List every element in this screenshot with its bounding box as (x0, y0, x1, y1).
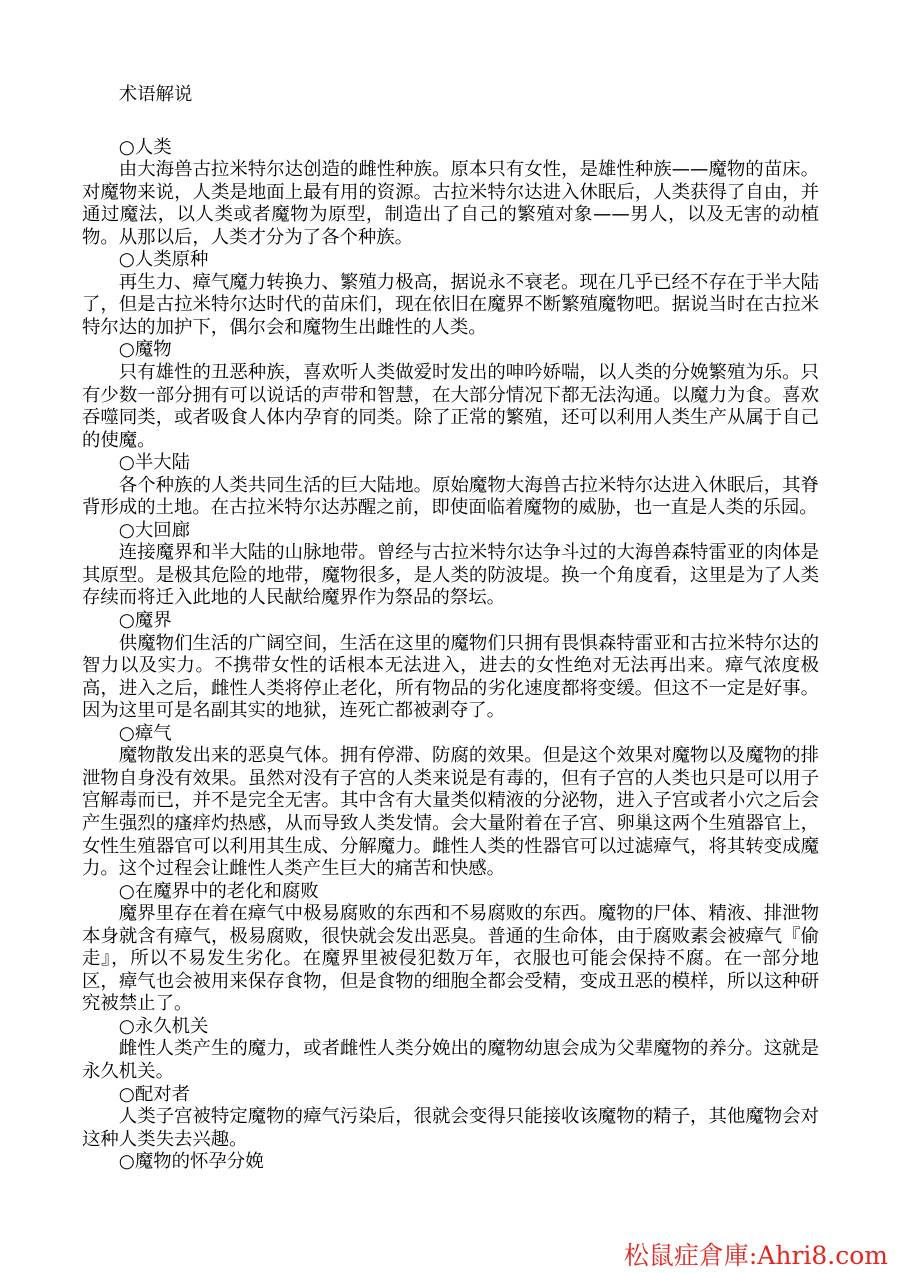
section-body: 各个种族的人类共同生活的巨大陆地。原始魔物大海兽古拉米特尔达进入休眠后，其脊背形… (82, 475, 819, 520)
section-huaiyun-fenmian: ○魔物的怀孕分娩 (82, 1151, 819, 1174)
section-body: 人类子宫被特定魔物的瘴气污染后，很就会变得只能接收该魔物的精子，其他魔物会对这种… (82, 1106, 819, 1151)
site-watermark: 松鼠症倉庫:Ahri8.com (624, 1243, 888, 1268)
section-title: ○大回廊 (82, 520, 819, 543)
section-title: ○魔物的怀孕分娩 (82, 1151, 819, 1174)
section-title: ○人类 (82, 137, 819, 160)
section-body: 魔界里存在着在瘴气中极易腐败的东西和不易腐败的东西。魔物的尸体、精液、排泄物本身… (82, 903, 819, 1016)
section-body: 再生力、瘴气魔力转换力、繁殖力极高，据说永不衰老。现在几乎已经不存在于半大陆了，… (82, 272, 819, 340)
page-title: 术语解说 (82, 84, 819, 107)
section-dahuilang: ○大回廊 连接魔界和半大陆的山脉地带。曾经与古拉米特尔达争斗过的大海兽森特雷亚的… (82, 520, 819, 610)
section-mojie: ○魔界 供魔物们生活的广阔空间，生活在这里的魔物们只拥有畏惧森特雷亚和古拉米特尔… (82, 610, 819, 723)
section-mowu: ○魔物 只有雄性的丑恶种族，喜欢听人类做爱时发出的呻吟娇喘，以人类的分娩繁殖为乐… (82, 339, 819, 452)
document-text-block: 术语解说 ○人类 由大海兽古拉米特尔达创造的雌性种族。原本只有女性，是雄性种族—… (82, 84, 819, 1174)
document-page: 术语解说 ○人类 由大海兽古拉米特尔达创造的雌性种族。原本只有女性，是雄性种族—… (0, 0, 900, 1273)
section-renlei: ○人类 由大海兽古拉米特尔达创造的雌性种族。原本只有女性，是雄性种族——魔物的苗… (82, 137, 819, 250)
section-peiduizhe: ○配对者 人类子宫被特定魔物的瘴气污染后，很就会变得只能接收该魔物的精子，其他魔… (82, 1084, 819, 1152)
section-zhangqi: ○瘴气 魔物散发出来的恶臭气体。拥有停滞、防腐的效果。但是这个效果对魔物以及魔物… (82, 723, 819, 881)
section-title: ○配对者 (82, 1084, 819, 1107)
section-body: 魔物散发出来的恶臭气体。拥有停滞、防腐的效果。但是这个效果对魔物以及魔物的排泄物… (82, 745, 819, 880)
section-body: 由大海兽古拉米特尔达创造的雌性种族。原本只有女性，是雄性种族——魔物的苗床。对魔… (82, 159, 819, 249)
section-yongjiu-jiguan: ○永久机关 雌性人类产生的魔力，或者雌性人类分娩出的魔物幼崽会成为父辈魔物的养分… (82, 1016, 819, 1084)
section-body: 只有雄性的丑恶种族，喜欢听人类做爱时发出的呻吟娇喘，以人类的分娩繁殖为乐。只有少… (82, 362, 819, 452)
section-title: ○瘴气 (82, 723, 819, 746)
section-title: ○人类原种 (82, 249, 819, 272)
section-title: ○魔物 (82, 339, 819, 362)
section-title: ○永久机关 (82, 1016, 819, 1039)
section-laohua-fubai: ○在魔界中的老化和腐败 魔界里存在着在瘴气中极易腐败的东西和不易腐败的东西。魔物… (82, 881, 819, 1016)
section-body: 雌性人类产生的魔力，或者雌性人类分娩出的魔物幼崽会成为父辈魔物的养分。这就是永久… (82, 1038, 819, 1083)
section-title: ○半大陆 (82, 452, 819, 475)
section-title: ○魔界 (82, 610, 819, 633)
section-renlei-yuanzhong: ○人类原种 再生力、瘴气魔力转换力、繁殖力极高，据说永不衰老。现在几乎已经不存在… (82, 249, 819, 339)
section-title: ○在魔界中的老化和腐败 (82, 881, 819, 904)
section-bandalu: ○半大陆 各个种族的人类共同生活的巨大陆地。原始魔物大海兽古拉米特尔达进入休眠后… (82, 452, 819, 520)
section-body: 连接魔界和半大陆的山脉地带。曾经与古拉米特尔达争斗过的大海兽森特雷亚的肉体是其原… (82, 542, 819, 610)
section-body: 供魔物们生活的广阔空间，生活在这里的魔物们只拥有畏惧森特雷亚和古拉米特尔达的智力… (82, 633, 819, 723)
